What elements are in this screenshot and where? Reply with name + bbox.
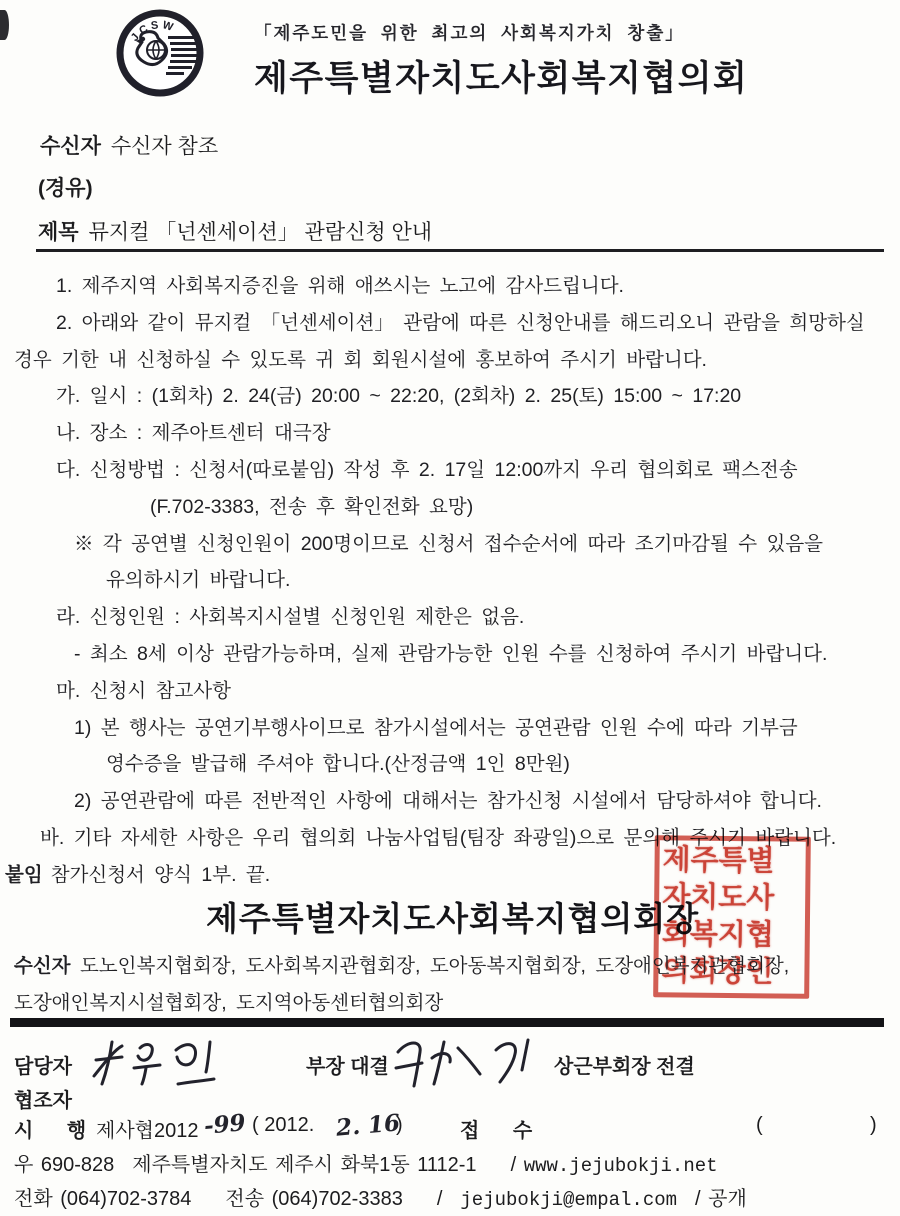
seal-row: 회복지협: [662, 920, 802, 950]
drafter-signature: [84, 1036, 229, 1094]
manager-label: 부장 대결: [306, 1050, 389, 1079]
final-approver-label: 상근부회장 전결: [554, 1050, 695, 1079]
body-line-donation: 1) 본 행사는 공연기부행사이므로 참가시설에서는 공연관람 인원 수에 따라…: [74, 710, 900, 747]
body-line: 1. 제주지역 사회복지증진을 위해 애쓰시는 노고에 감사드립니다.: [56, 268, 900, 305]
fax-label: 전송: [225, 1188, 264, 1210]
drafter-label: 담당자: [14, 1050, 72, 1079]
body-line-reference: 마. 신청시 참고사항: [56, 673, 900, 710]
dispatch-date-close: ): [396, 1114, 403, 1137]
subject-divider: [36, 249, 884, 252]
approval-row: 담당자 부장 대결: [14, 1044, 886, 1090]
recipients-list: 수신자 도노인복지협회장, 도사회복지관협회장, 도아동복지협회장, 도장애인복…: [14, 948, 894, 1022]
fax-number: (064)702-3383: [272, 1188, 403, 1210]
postal-address-row: 우 690-828제주특별자치도 제주시 화북1동 1112-1/ www.je…: [14, 1148, 718, 1177]
postal-code: 690-828: [41, 1154, 114, 1176]
jcsw-dove-logo: JCSW: [116, 8, 244, 98]
recipients-values-1: 도노인복지협회장, 도사회복지관협회장, 도아동복지협회장, 도장애인복지관협회…: [80, 955, 789, 977]
org-name: 제주특별자치도사회복지협의회: [254, 51, 748, 101]
receipt-label: 접 수: [460, 1114, 546, 1143]
body-line-date: 가. 일시 : (1회차) 2. 24(금) 20:00 ~ 22:20, (2…: [56, 378, 900, 415]
body-line-note: ※ 각 공연별 신청인원이 200명이므로 신청서 접수순서에 따라 조기마감될…: [74, 526, 900, 563]
dispatch-date-open: ( 2012.: [252, 1114, 314, 1137]
recipients-label: 수신자: [14, 955, 71, 977]
recipient-value: 수신자 참조: [111, 135, 218, 158]
website-url: www.jejubokji.net: [524, 1155, 718, 1177]
subject-label: 제목: [38, 221, 79, 244]
body-line: 경우 기한 내 신청하실 수 있도록 귀 회 회원시설에 홍보하여 주시기 바랍…: [14, 342, 900, 379]
receipt-paren-open: (: [756, 1114, 763, 1137]
subject-value: 뮤지컬 「넌센세이션」 관람신청 안내: [89, 221, 433, 244]
manager-signature: [392, 1034, 542, 1096]
subject-row: 제목뮤지컬 「넌센세이션」 관람신청 안내: [38, 216, 432, 246]
doc-number-handwritten: -99: [203, 1109, 247, 1140]
scanned-official-letter: JCSW 「제주도민을 위한 최고의: [0, 0, 900, 1216]
recipients-line-1: 수신자 도노인복지협회장, 도사회복지관협회장, 도아동복지협회장, 도장애인복…: [14, 948, 894, 985]
body-line: 2. 아래와 같이 뮤지컬 「넌센세이션」 관람에 따른 신청안내를 해드리오니…: [56, 305, 900, 342]
letter-body: 1. 제주지역 사회복지증진을 위해 애쓰시는 노고에 감사드립니다. 2. 아…: [0, 268, 900, 894]
separator: /: [437, 1188, 443, 1210]
tel-number: (064)702-3784: [60, 1188, 191, 1210]
disclosure-level: 공개: [708, 1188, 747, 1210]
seal-row: 자치도사: [662, 883, 802, 913]
attachment-value: 참가신청서 양식 1부. 끝.: [51, 864, 270, 886]
disclosure-separator: /: [695, 1188, 701, 1210]
recipients-line-2: 도장애인복지시설협회장, 도지역아동센터협의회장: [14, 985, 894, 1022]
cooperator-label: 협조자: [14, 1084, 72, 1113]
dispatch-label: 시 행: [14, 1114, 100, 1143]
body-line-responsibility: 2) 공연관람에 따른 전반적인 사항에 대해서는 참가신청 시설에서 담당하셔…: [74, 783, 900, 820]
contact-row: 전화 (064)702-3784전송 (064)702-3383/jejubok…: [14, 1182, 747, 1211]
body-line-age: - 최소 8세 이상 관람가능하며, 실제 관람가능한 인원 수를 신청하여 주…: [74, 636, 900, 673]
scan-artifact: [0, 10, 9, 40]
separator: /: [511, 1154, 517, 1176]
receipt-paren-close: ): [870, 1114, 877, 1137]
letterhead: JCSW 「제주도민을 위한 최고의: [116, 8, 748, 101]
address: 제주특별자치도 제주시 화북1동 1112-1: [132, 1154, 476, 1176]
body-line-note-cont: 유의하시기 바랍니다.: [106, 562, 900, 599]
footer-divider: [10, 1018, 884, 1027]
body-line-place: 나. 장소 : 제주아트센터 대극장: [56, 415, 900, 452]
email-address: jejubokji@empal.com: [460, 1189, 677, 1211]
body-line-receipt: 영수증을 발급해 주셔야 합니다.(산정금액 1인 8만원): [106, 746, 900, 783]
attachment-label: 붙임: [5, 864, 43, 886]
body-line-method: 다. 신청방법 : 신청서(따로붙임) 작성 후 2. 17일 12:00까지 …: [56, 452, 900, 489]
signer-title: 제주특별자치도사회복지협의회장: [206, 893, 699, 940]
postal-label: 우: [14, 1154, 33, 1176]
dispatch-date-handwritten: 2. 16: [335, 1109, 401, 1141]
recipient-label: 수신자: [40, 135, 101, 158]
seal-row: 제주특별: [662, 846, 802, 876]
via-row: (경유): [38, 172, 93, 202]
body-line-fax-note: (F.702-3383, 전송 후 확인전화 요망): [150, 489, 900, 526]
recipient-row: 수신자수신자 참조: [40, 130, 218, 160]
doc-number: 제사협2012: [96, 1114, 198, 1143]
org-slogan: 「제주도민을 위한 최고의 사회복지가치 창출」: [254, 20, 748, 45]
body-line-capacity: 라. 신청인원 : 사회복지시설별 신청인원 제한은 없음.: [56, 599, 900, 636]
tel-label: 전화: [14, 1188, 53, 1210]
